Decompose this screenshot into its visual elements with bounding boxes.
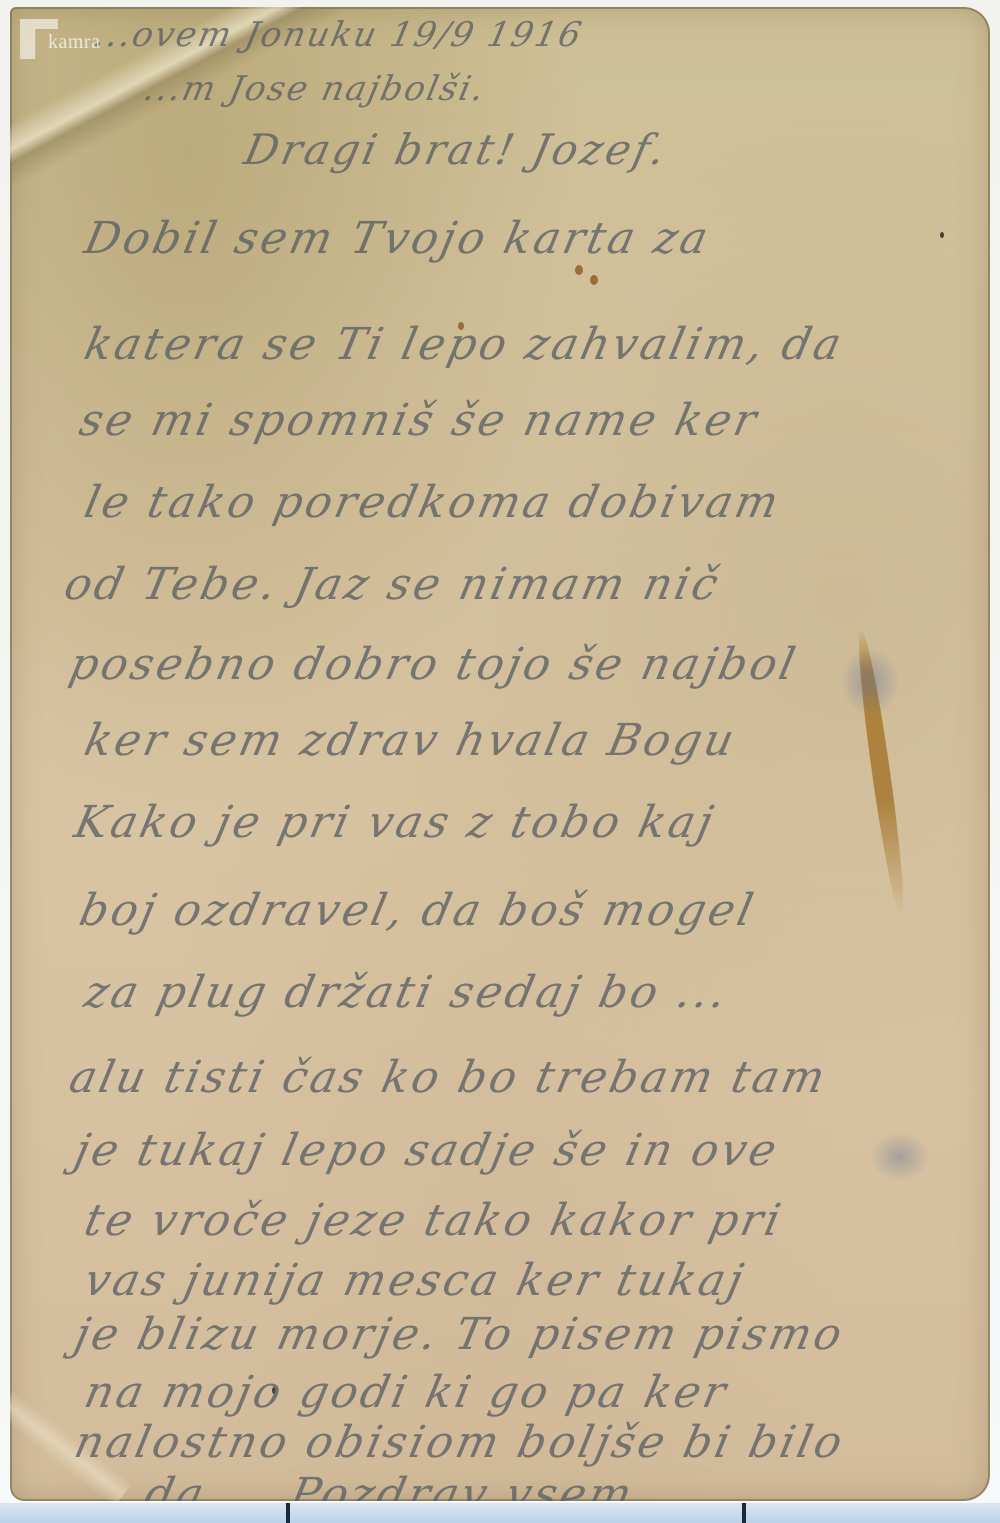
scanner-tick xyxy=(742,1503,746,1523)
letter-line: Kako je pri vas z tobo kaj xyxy=(70,797,720,848)
letter-line: ker sem zdrav hvala Bogu xyxy=(80,715,741,766)
ink-smudge xyxy=(870,1132,930,1182)
letter-line: le tako poredkoma dobivam xyxy=(80,477,786,528)
letter-line: je tukaj lepo sadje še in ove xyxy=(70,1125,784,1176)
kamra-logo-text: kamra xyxy=(48,31,100,54)
letter-header-line: ...m Jose najbolši. xyxy=(140,69,489,109)
scanner-tick xyxy=(286,1503,290,1523)
letter-line: vas junija mesca ker tukaj xyxy=(80,1255,750,1306)
letter-line: te vroče jeze tako kakor pri xyxy=(80,1195,788,1246)
letter-greeting: Dragi brat! Jozef. xyxy=(240,125,672,174)
stain-spot xyxy=(590,275,598,285)
letter-line: boj ozdravel, da boš mogel xyxy=(75,885,760,936)
scanner-strip xyxy=(0,1503,1000,1523)
letter-line: posebno dobro tojo še najbol xyxy=(65,639,802,690)
kamra-watermark: kamra xyxy=(20,19,100,59)
letter-line: se mi spomniš še name ker xyxy=(75,395,764,446)
postcard: ...ovem Jonuku 19/9 1916 ...m Jose najbo… xyxy=(10,7,990,1501)
ink-smudge xyxy=(840,647,900,717)
letter-line: od Tebe. Jaz se nimam nič xyxy=(60,559,725,610)
letter-line: za plug držati sedaj bo ... xyxy=(80,967,734,1018)
letter-line: na mojo godi ki go pa ker xyxy=(80,1367,733,1418)
stain-spot xyxy=(940,232,944,238)
letter-line: nalostno obisiom boljše bi bilo xyxy=(70,1417,850,1468)
letter-line: katera se Ti lepo zahvalim, da xyxy=(80,319,849,370)
letter-line: Dobil sem Tvojo karta za xyxy=(80,213,715,264)
letter-line: alu tisti čas ko bo trebam tam xyxy=(65,1052,832,1103)
letter-line: je blizu morje. To pisem pismo xyxy=(70,1309,849,1360)
stain-spot xyxy=(575,265,583,275)
letter-header-line: ...ovem Jonuku 19/9 1916 xyxy=(90,15,587,55)
letter-line: da ... Pozdrav vsem ... xyxy=(140,1469,707,1501)
